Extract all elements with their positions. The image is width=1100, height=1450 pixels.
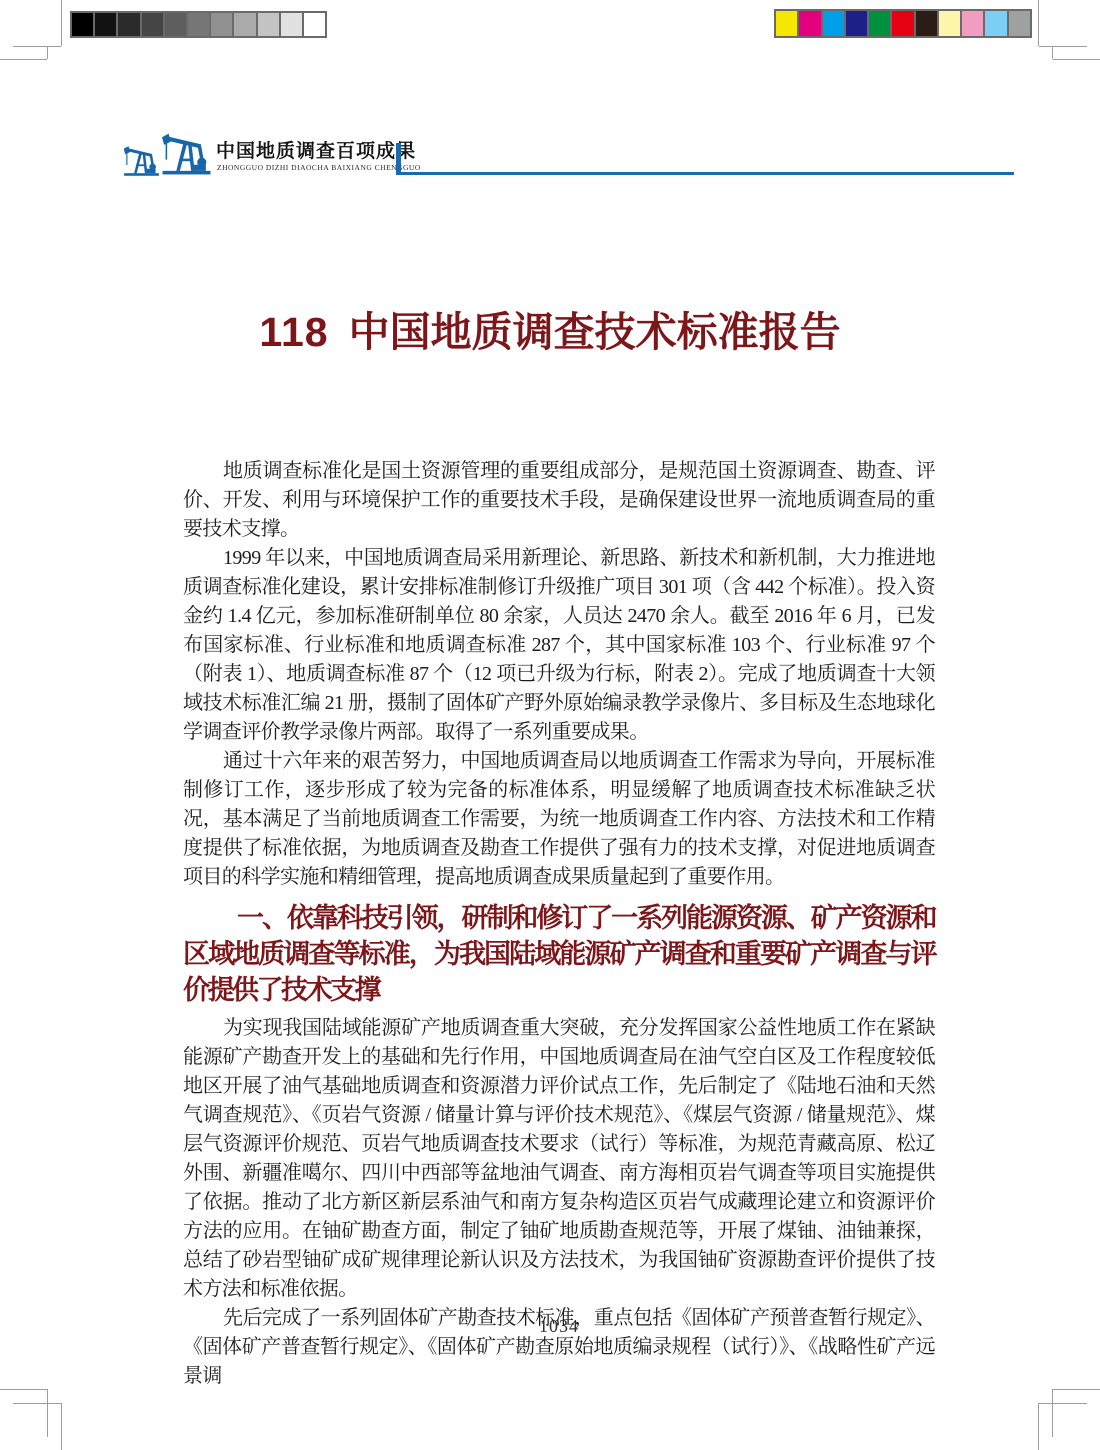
calibration-swatch — [892, 11, 913, 36]
calibration-swatch — [916, 11, 937, 36]
calibration-swatch — [304, 13, 325, 36]
calibration-swatch — [846, 11, 867, 36]
crop-mark — [1039, 1403, 1087, 1404]
crop-mark — [0, 59, 47, 60]
crop-mark — [1038, 0, 1039, 46]
article-title-text: 中国地质调查技术标准报告 — [349, 309, 841, 355]
calibration-swatch — [72, 13, 93, 36]
crop-mark — [47, 46, 48, 59]
brand-title: 中国地质调查百项成果 — [216, 136, 476, 163]
paragraph: 1999 年以来，中国地质调查局采用新理论、新思路、新技术和新机制，大力推进地质… — [183, 544, 935, 747]
calibration-swatch — [188, 13, 209, 36]
crop-mark — [61, 1403, 62, 1450]
header-accent-bar — [396, 143, 401, 175]
calibration-swatch — [95, 13, 116, 36]
calibration-swatch — [234, 13, 255, 36]
paragraph: 为实现我国陆域能源矿产地质调查重大突破，充分发挥国家公益性地质工作在紧缺能源矿产… — [183, 1014, 935, 1304]
section-heading: 一、依靠科技引领，研制和修订了一系列能源资源、矿产资源和区域地质调查等标准，为我… — [183, 900, 935, 1008]
paragraph: 地质调查标准化是国土资源管理的重要组成部分，是规范国土资源调查、勘查、评价、开发… — [183, 457, 935, 544]
article-body: 地质调查标准化是国土资源管理的重要组成部分，是规范国土资源调查、勘查、评价、开发… — [183, 457, 935, 1391]
article-title: 118中国地质调查技术标准报告 — [174, 299, 926, 358]
calibration-swatch — [776, 11, 797, 36]
brand-subtitle: ZHONGGUO DIZHI DIAOCHA BAIXIANG CHENGGUO — [217, 163, 421, 172]
calibration-swatch — [823, 11, 844, 36]
pumpjack-icon — [123, 142, 160, 177]
crop-mark — [1038, 1403, 1039, 1450]
crop-mark — [13, 1403, 61, 1404]
header-rule-line — [396, 172, 1014, 175]
calibration-swatch — [118, 13, 139, 36]
pumpjack-icon — [161, 127, 212, 177]
crop-mark — [13, 46, 61, 47]
grayscale-calibration-bar — [70, 11, 327, 38]
crop-mark — [61, 0, 62, 46]
calibration-swatch — [939, 11, 960, 36]
calibration-swatch — [281, 13, 302, 36]
paragraph: 通过十六年来的艰苦努力，中国地质调查局以地质调查工作需求为导向，开展标准制修订工… — [183, 747, 935, 892]
page-number: 1034 — [183, 1316, 935, 1337]
calibration-swatch — [258, 13, 279, 36]
crop-mark — [47, 1389, 48, 1437]
crop-mark — [1039, 46, 1087, 47]
calibration-swatch — [211, 13, 232, 36]
calibration-swatch — [962, 11, 983, 36]
crop-mark — [1052, 1389, 1053, 1437]
article-number: 118 — [259, 309, 328, 355]
calibration-swatch — [165, 13, 186, 36]
calibration-swatch — [1009, 11, 1030, 36]
calibration-swatch — [799, 11, 820, 36]
calibration-swatch — [985, 11, 1006, 36]
calibration-swatch — [142, 13, 163, 36]
calibration-swatch — [869, 11, 890, 36]
crop-mark — [0, 1389, 47, 1390]
crop-mark — [1052, 46, 1053, 59]
crop-mark — [1053, 1389, 1100, 1390]
crop-mark — [1053, 59, 1100, 60]
color-calibration-bar — [774, 9, 1032, 38]
